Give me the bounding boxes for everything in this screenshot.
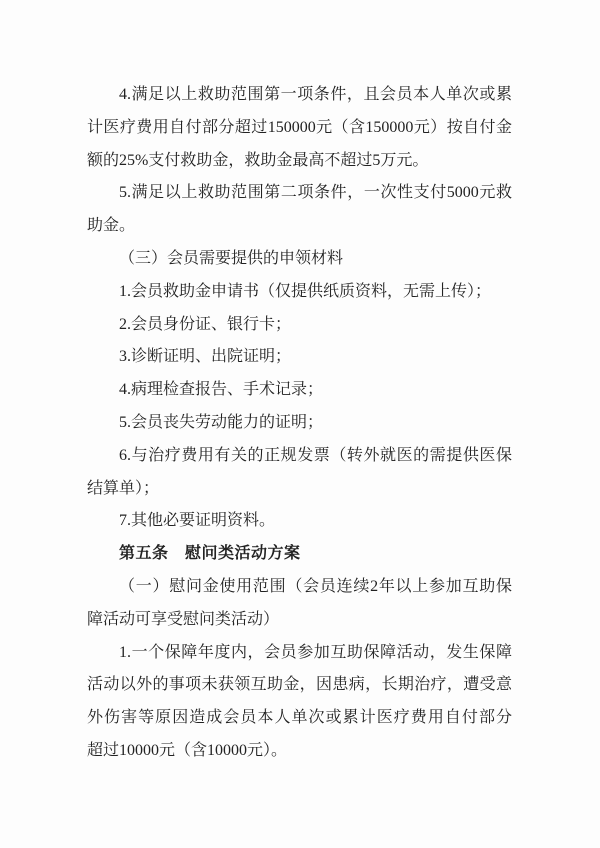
document-line: 4.满足以上救助范围第一项条件，且会员本人单次或累 bbox=[87, 79, 512, 112]
document-line: 5.会员丧失劳动能力的证明； bbox=[87, 407, 512, 440]
document-line: 障活动可享受慰问类活动） bbox=[87, 604, 512, 637]
document-line: 1.会员救助金申请书（仅提供纸质资料，无需上传）； bbox=[87, 276, 512, 309]
document-page: 4.满足以上救助范围第一项条件，且会员本人单次或累计医疗费用自付部分超过1500… bbox=[0, 0, 600, 848]
document-line: 活动以外的事项未获领互助金，因患病，长期治疗，遭受意 bbox=[87, 669, 512, 702]
document-line: 1.一个保障年度内，会员参加互助保障活动，发生保障 bbox=[87, 637, 512, 670]
document-line: 3.诊断证明、出院证明； bbox=[87, 341, 512, 374]
document-line: 外伤害等原因造成会员本人单次或累计医疗费用自付部分 bbox=[87, 702, 512, 735]
document-line: 额的25%支付救助金，救助金最高不超过5万元。 bbox=[87, 145, 512, 178]
document-line: 超过10000元（含10000元）。 bbox=[87, 735, 512, 768]
document-line: 7.其他必要证明资料。 bbox=[87, 505, 512, 538]
document-line: 5.满足以上救助范围第二项条件，一次性支付5000元救 bbox=[87, 177, 512, 210]
document-line: 6.与治疗费用有关的正规发票（转外就医的需提供医保 bbox=[87, 440, 512, 473]
document-line: （三）会员需要提供的申领材料 bbox=[87, 243, 512, 276]
document-line: 2.会员身份证、银行卡； bbox=[87, 309, 512, 342]
document-line: 计医疗费用自付部分超过150000元（含150000元）按自付金 bbox=[87, 112, 512, 145]
document-line: （一）慰问金使用范围（会员连续2年以上参加互助保 bbox=[87, 571, 512, 604]
section-heading: 第五条 慰问类活动方案 bbox=[87, 538, 512, 571]
document-body: 4.满足以上救助范围第一项条件，且会员本人单次或累计医疗费用自付部分超过1500… bbox=[87, 79, 512, 768]
document-line: 4.病理检查报告、手术记录； bbox=[87, 374, 512, 407]
document-line: 助金。 bbox=[87, 210, 512, 243]
document-line: 结算单）； bbox=[87, 473, 512, 506]
